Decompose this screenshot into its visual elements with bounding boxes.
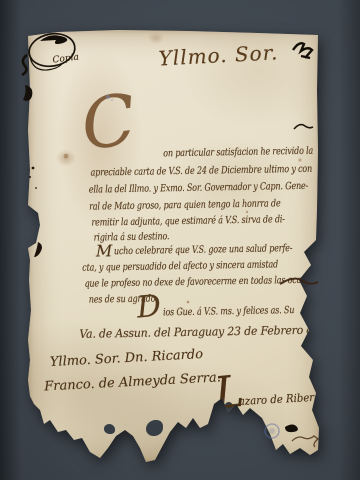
body-line: apreciable carta de V.S. de 24 de Diciem…	[90, 164, 312, 179]
copy-annotation: Copia	[52, 52, 79, 65]
manuscript-photo: Copia Yllmo. Sor. C on particular satisf…	[0, 0, 360, 480]
body-line: on particular satisfacion he recivido la	[163, 146, 313, 160]
closing-initial: D	[136, 292, 163, 324]
dateline: Va. de Assun. del Paraguay 23 de Febrero…	[79, 323, 323, 341]
addressee-line: Franco. de Almeyda Serra.	[44, 370, 221, 394]
body-line: remitir la adjunta, que estimaré á V.S. …	[91, 214, 285, 228]
body-line: ral de Mato groso, para quien tengo la h…	[89, 198, 281, 212]
ink-blot-icon	[22, 55, 27, 75]
body-line: que le profeso no dexe de favorecerme en…	[84, 275, 303, 290]
body-line: ella la del Illmo. y Exmo. Sor. Governad…	[89, 181, 308, 196]
salutation: Yllmo. Sor.	[158, 40, 279, 70]
paper-sheet: Copia Yllmo. Sor. C on particular satisf…	[28, 30, 320, 462]
addressee-line: Yllmo. Sor. Dn. Ricardo	[50, 347, 204, 370]
torn-paper: Copia Yllmo. Sor. C on particular satisf…	[28, 30, 320, 462]
handwriting-layer: Copia Yllmo. Sor. C on particular satisf…	[26, 26, 325, 463]
signature-name: azaro de Ribera.	[238, 390, 323, 408]
drop-cap-initial: C	[78, 84, 140, 160]
signature-initial: L	[212, 370, 246, 417]
paragraph-initial: M	[96, 241, 113, 260]
body-line: cta, y que persuadido del afecto y since…	[82, 259, 278, 273]
closing-line: ios Gue. á V.S. ms. y felices as. Su	[163, 305, 294, 318]
body-line: ucho celebraré que V.S. goze una salud p…	[114, 243, 293, 257]
